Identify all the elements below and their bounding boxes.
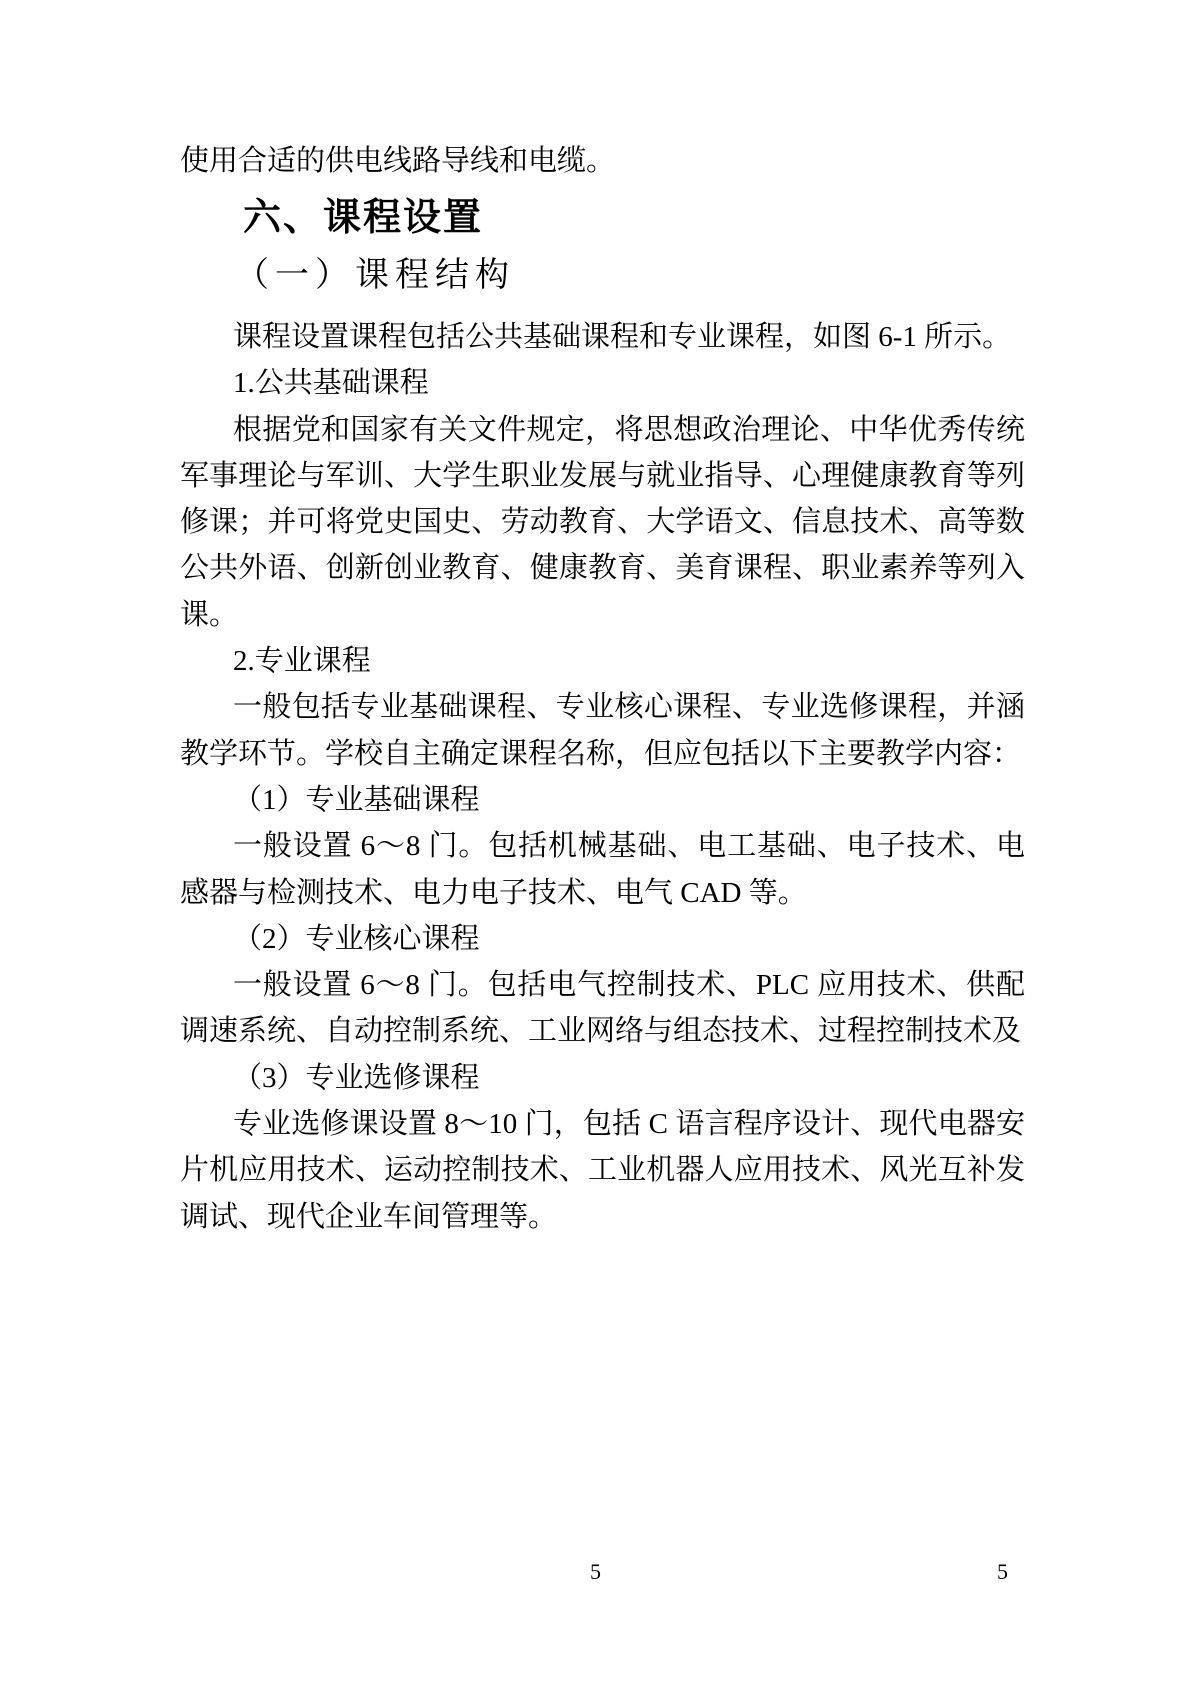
paragraph-line: 感器与检测技术、电力电子技术、电气 CAD 等。 <box>180 870 1025 916</box>
paragraph: 一般包括专业基础课程、专业核心课程、专业选修课程，并涵盖有关实践性教学环节。学校… <box>180 684 1025 777</box>
paragraph-line: 教学环节。学校自主确定课程名称，但应包括以下主要教学内容： <box>180 731 1025 777</box>
paragraph: 专业选修课设置 8～10 门，包括 C 语言程序设计、现代电器安装与调试、单片机… <box>180 1101 1025 1240</box>
paragraph-line: 专业选修课设置 8～10 门，包括 C 语言程序设计、现代电器安装与调试、单 <box>180 1101 1025 1147</box>
paragraph-line: 一般设置 6～8 门。包括机械基础、电工基础、电子技术、电机与拖动、传 <box>180 823 1025 869</box>
paragraph-line: 一般设置 6～8 门。包括电气控制技术、PLC 应用技术、供配电技术、自动 <box>180 962 1025 1008</box>
paragraph: 根据党和国家有关文件规定，将思想政治理论、中华优秀传统文化、体育、军事理论与军训… <box>180 407 1025 638</box>
paragraphs: 课程设置课程包括公共基础课程和专业课程，如图 6-1 所示。1.公共基础课程根据… <box>180 314 1025 1240</box>
paragraph: （3）专业选修课程 <box>180 1055 1025 1101</box>
paragraph-line: （2）专业核心课程 <box>180 916 1025 962</box>
paragraph-line: 片机应用技术、运动控制技术、工业机器人应用技术、风光互补发电系统安装与 <box>180 1147 1025 1193</box>
paragraph-line: （1）专业基础课程 <box>180 777 1025 823</box>
footer-page-number-center: 5 <box>0 1558 1191 1586</box>
paragraph-line: 修课；并可将党史国史、劳动教育、大学语文、信息技术、高等数学、大学物理、 <box>180 499 1025 545</box>
paragraph: 一般设置 6～8 门。包括机械基础、电工基础、电子技术、电机与拖动、传感器与检测… <box>180 823 1025 916</box>
paragraph-line: 课。 <box>180 592 1025 638</box>
paragraph: （1）专业基础课程 <box>180 777 1025 823</box>
paragraph-line: （3）专业选修课程 <box>180 1055 1025 1101</box>
document-page: 使用合适的供电线路导线和电缆。 六、课程设置 （一）课程结构 课程设置课程包括公… <box>0 0 1191 1684</box>
continuation-line: 使用合适的供电线路导线和电缆。 <box>180 138 1025 184</box>
paragraph-line: 军事理论与军训、大学生职业发展与就业指导、心理健康教育等列入公共基础必 <box>180 453 1025 499</box>
paragraph: 课程设置课程包括公共基础课程和专业课程，如图 6-1 所示。 <box>180 314 1025 360</box>
paragraph-line: 调试、现代企业车间管理等。 <box>180 1194 1025 1240</box>
footer-page-number-right: 5 <box>997 1558 1008 1586</box>
paragraph-line: 公共外语、创新创业教育、健康教育、美育课程、职业素养等列入必修课或选修 <box>180 545 1025 591</box>
subsection-heading: （一）课程结构 <box>235 254 515 298</box>
paragraph: 1.公共基础课程 <box>180 360 1025 406</box>
paragraph-line: 根据党和国家有关文件规定，将思想政治理论、中华优秀传统文化、体育、 <box>180 407 1025 453</box>
paragraph-line: 2.专业课程 <box>180 638 1025 684</box>
paragraph: 2.专业课程 <box>180 638 1025 684</box>
paragraph: （2）专业核心课程 <box>180 916 1025 962</box>
paragraph-line: 一般包括专业基础课程、专业核心课程、专业选修课程，并涵盖有关实践性 <box>180 684 1025 730</box>
paragraph-line: 课程设置课程包括公共基础课程和专业课程，如图 6-1 所示。 <box>180 314 1025 360</box>
paragraph-line: 1.公共基础课程 <box>180 360 1025 406</box>
paragraph: 一般设置 6～8 门。包括电气控制技术、PLC 应用技术、供配电技术、自动调速系… <box>180 962 1025 1055</box>
paragraph-line: 调速系统、自动控制系统、工业网络与组态技术、过程控制技术及应用等。 <box>180 1008 1025 1054</box>
section-heading: 六、课程设置 <box>243 194 483 242</box>
